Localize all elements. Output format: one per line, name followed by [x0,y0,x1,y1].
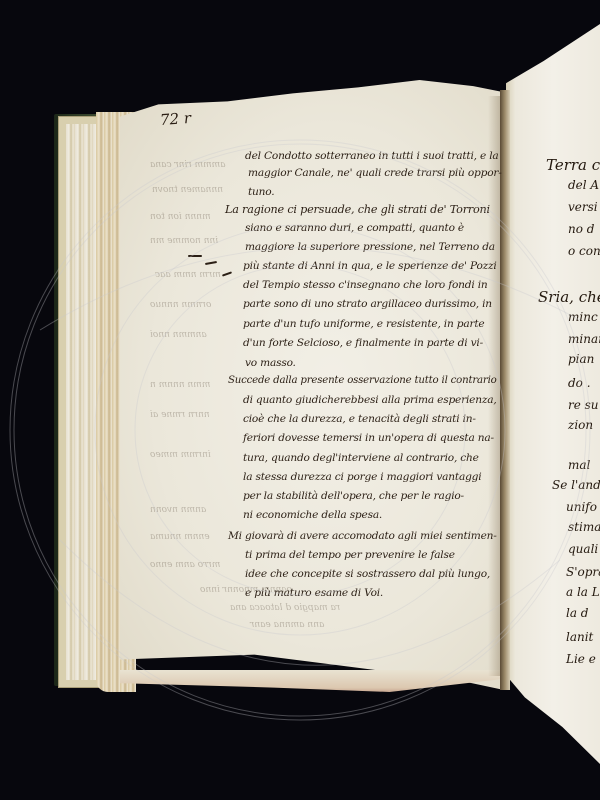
text-fragment: minc [568,310,598,324]
text-line: e più maturo esame di Voi. [245,587,383,599]
text-fragment: o con [568,244,600,258]
text-line: maggiore la superiore pressione, nel Ter… [245,241,495,253]
text-line: per la stabilità dell'opera, che per le … [243,490,464,502]
text-line: ti prima del tempo per prevenire le fals… [245,549,455,561]
text-line: idee che concepite si sostrassero dal pi… [245,568,490,580]
text-fragment: Sria, che [538,288,600,306]
text-line: del Condotto sotterraneo in tutti i suoi… [245,150,499,162]
text-line: parte d'un tufo uniforme, e resistente, … [243,318,484,330]
text-line: Mi giovarà di avere accomodato agli miei… [228,530,497,542]
text-line: d'un forte Selcioso, e finalmente in par… [243,337,483,349]
text-line: cioè che la durezza, e tenacità degli st… [243,413,476,425]
text-line: feriori dovesse temersi in un'opera di q… [243,432,494,444]
text-fragment: a la Lo [566,585,600,599]
text-fragment: versi [568,200,598,214]
text-fragment: stima [568,520,600,534]
text-fragment: re su [568,398,599,412]
text-line: la stessa durezza ci porge i maggiori va… [243,471,481,483]
text-line: ni economiche della spesa. [243,509,382,521]
text-line: del Tempio stesso c'insegnano che loro f… [243,279,488,291]
text-line: La ragione ci persuade, che gli strati d… [225,203,490,216]
text-fragment: no d [568,222,594,236]
text-fragment: Terra c [546,156,600,174]
text-line: di quanto giudicherebbesi alla prima esp… [243,394,497,406]
text-fragment: unifo [566,500,597,514]
text-line: maggior Canale, ne' quali crede trarsi p… [248,167,502,179]
text-fragment: Se l'and [552,478,600,492]
text-fragment: pian [568,352,594,366]
text-fragment: minar [568,332,600,346]
text-fragment: zion [568,418,593,432]
text-line: siano e saranno duri, e compatti, quanto… [245,222,464,234]
margin-mark [188,255,202,257]
text-fragment: del A [568,178,599,192]
text-fragment: lanit [566,630,593,644]
text-line: tuno. [248,186,274,198]
text-line: parte sono di uno strato argillaceo duri… [243,298,492,310]
left-page-bottom-edge [120,670,505,692]
text-fragment: do . [568,376,591,390]
text-line: tura, quando degl'interviene al contrari… [243,452,479,464]
text-line: vo masso. [245,357,296,369]
text-fragment: S'opra [566,565,600,579]
text-line: più stante di Anni in qua, e le sperienz… [243,260,497,272]
folio-number: 72 r [159,109,191,129]
book-gutter [500,90,510,690]
text-line: Succede dalla presente osservazione tutt… [228,375,497,386]
manuscript-photo: ammm rinr cana nnnamen tnovn mnnn ion to… [0,0,600,800]
text-fragment: la d [566,606,589,620]
text-fragment: mal [568,458,590,472]
text-fragment: quali [568,542,598,556]
text-fragment: Lie e [566,652,596,666]
